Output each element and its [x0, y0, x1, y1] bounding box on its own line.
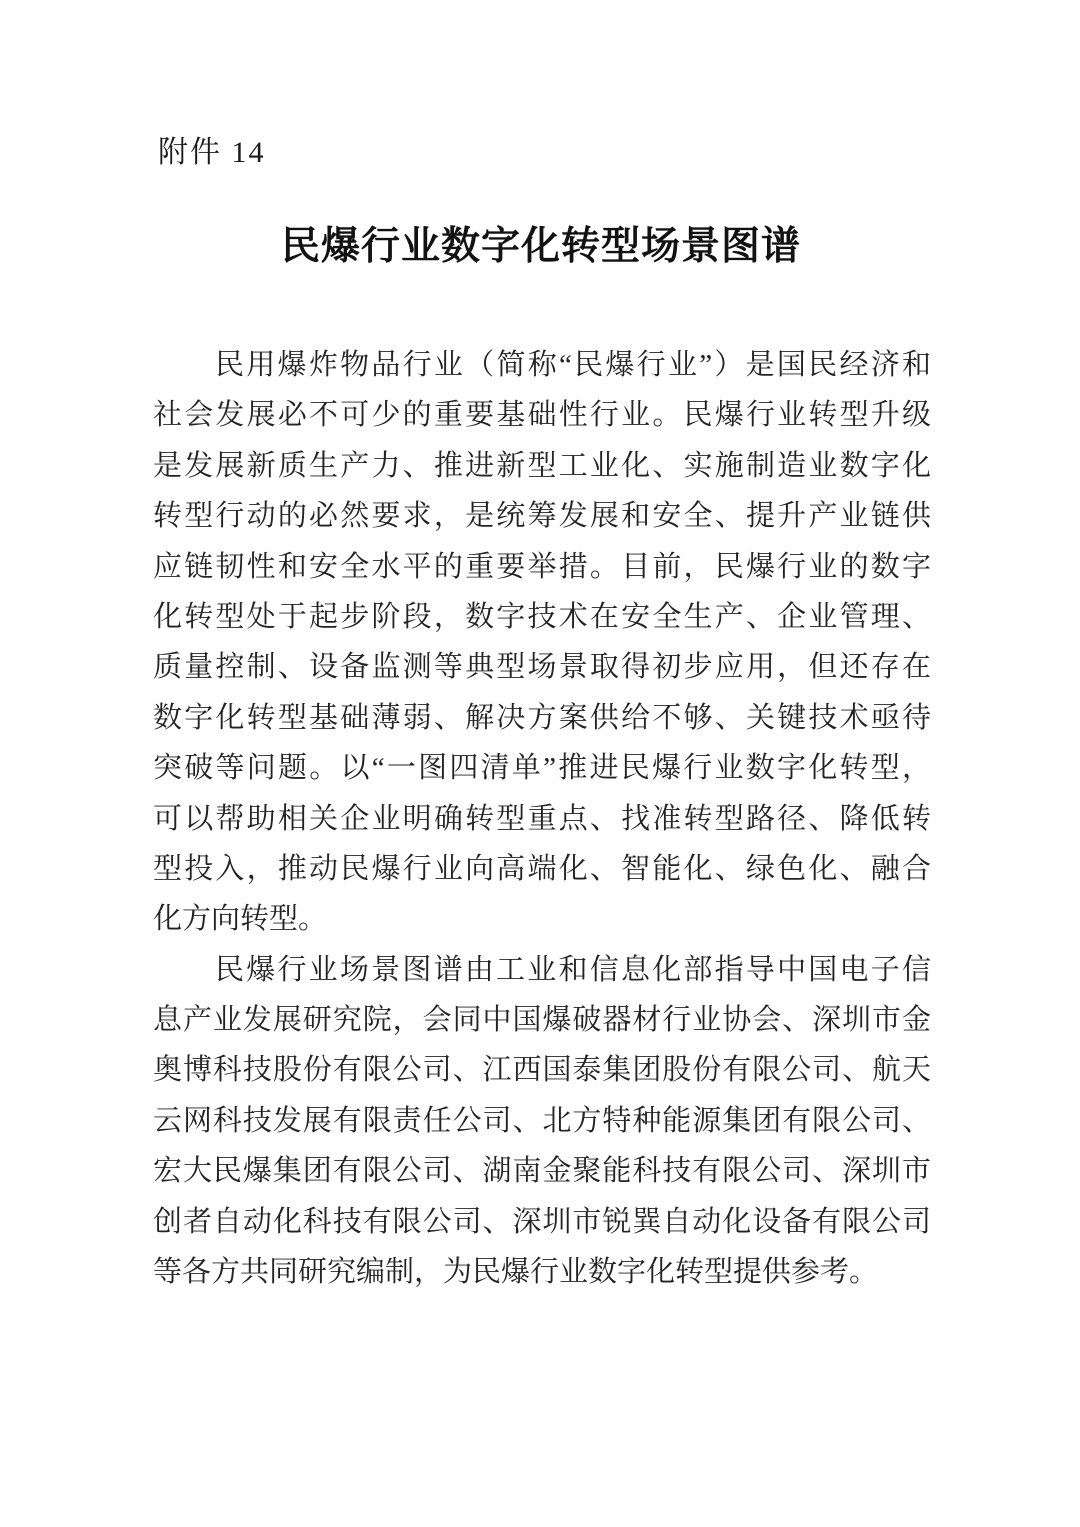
document-title: 民爆行业数字化转型场景图谱	[152, 220, 930, 274]
text-line: 息产业发展研究院，会同中国爆破器材行业协会、深圳市金	[153, 995, 931, 1045]
text-line: 创者自动化科技有限公司、深圳市锐巽自动化设备有限公司	[153, 1197, 931, 1247]
text-line: 是发展新质生产力、推进新型工业化、实施制造业数字化	[153, 441, 931, 491]
paragraph-2: 民爆行业场景图谱由工业和信息化部指导中国电子信 息产业发展研究院，会同中国爆破器…	[153, 945, 931, 1298]
paragraph-1: 民用爆炸物品行业（简称“民爆行业”）是国民经济和 社会发展必不可少的重要基础性行…	[153, 340, 931, 945]
attachment-label: 附件 14	[158, 134, 266, 172]
text-line: 转型行动的必然要求，是统筹发展和安全、提升产业链供	[153, 491, 931, 541]
text-line: 社会发展必不可少的重要基础性行业。民爆行业转型升级	[153, 390, 931, 440]
text-line: 云网科技发展有限责任公司、北方特种能源集团有限公司、	[153, 1096, 931, 1146]
text-line: 化转型处于起步阶段，数字技术在安全生产、企业管理、	[153, 592, 931, 642]
text-line: 型投入，推动民爆行业向高端化、智能化、绿色化、融合	[153, 844, 931, 894]
text-line: 质量控制、设备监测等典型场景取得初步应用，但还存在	[153, 642, 931, 692]
text-line: 等各方共同研究编制，为民爆行业数字化转型提供参考。	[153, 1247, 931, 1297]
text-line: 民用爆炸物品行业（简称“民爆行业”）是国民经济和	[153, 340, 931, 390]
text-line: 民爆行业场景图谱由工业和信息化部指导中国电子信	[153, 945, 931, 995]
text-line: 突破等问题。以“一图四清单”推进民爆行业数字化转型，	[153, 743, 931, 793]
text-line: 数字化转型基础薄弱、解决方案供给不够、关键技术亟待	[153, 693, 931, 743]
text-line: 宏大民爆集团有限公司、湖南金聚能科技有限公司、深圳市	[153, 1146, 931, 1196]
text-line: 应链韧性和安全水平的重要举措。目前，民爆行业的数字	[153, 542, 931, 592]
document-page: 附件 14 民爆行业数字化转型场景图谱 民用爆炸物品行业（简称“民爆行业”）是国…	[0, 0, 1080, 1527]
text-line: 化方向转型。	[153, 894, 931, 944]
text-line: 奥博科技股份有限公司、江西国泰集团股份有限公司、航天	[153, 1045, 931, 1095]
text-line: 可以帮助相关企业明确转型重点、找准转型路径、降低转	[153, 794, 931, 844]
document-body: 民用爆炸物品行业（简称“民爆行业”）是国民经济和 社会发展必不可少的重要基础性行…	[153, 340, 931, 1297]
